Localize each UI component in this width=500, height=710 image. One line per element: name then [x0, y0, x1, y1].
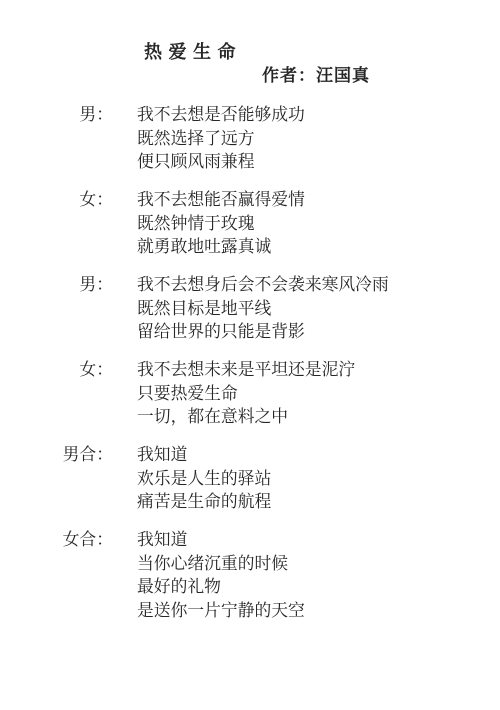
stanza-3: 男： 我不去想身后会不会袭来寒风冷雨 既然目标是地平线 留给世界的只能是背影	[0, 273, 500, 344]
stanza-2: 女： 我不去想能否赢得爱情 既然钟情于玫瑰 就勇敢地吐露真诚	[0, 188, 500, 259]
verse-line: 痛苦是生命的航程	[137, 490, 271, 514]
verse-line: 最好的礼物	[137, 575, 305, 599]
verse-line: 是送你一片宁静的天空	[137, 599, 305, 623]
verse-line: 我知道	[137, 443, 271, 467]
stanza-6: 女合： 我知道 当你心绪沉重的时候 最好的礼物 是送你一片宁静的天空	[0, 528, 500, 622]
verse-line: 既然选择了远方	[137, 127, 305, 151]
verse-line: 一切，都在意料之中	[137, 405, 355, 429]
verse-line: 留给世界的只能是背影	[137, 320, 389, 344]
verse-lines: 我不去想能否赢得爱情 既然钟情于玫瑰 就勇敢地吐露真诚	[137, 188, 305, 259]
verse-lines: 我知道 欢乐是人生的驿站 痛苦是生命的航程	[137, 443, 271, 514]
verse-lines: 我不去想是否能够成功 既然选择了远方 便只顾风雨兼程	[137, 103, 305, 174]
verse-line: 欢乐是人生的驿站	[137, 467, 271, 491]
verse-line: 当你心绪沉重的时候	[137, 552, 305, 576]
stanza-5: 男合： 我知道 欢乐是人生的驿站 痛苦是生命的航程	[0, 443, 500, 514]
speaker-label: 男合：	[0, 443, 113, 467]
speaker-label: 女：	[0, 188, 113, 212]
poem-body: 男： 我不去想是否能够成功 既然选择了远方 便只顾风雨兼程 女： 我不去想能否赢…	[0, 103, 500, 622]
speaker-label: 女合：	[0, 528, 113, 552]
verse-line: 我知道	[137, 528, 305, 552]
verse-line: 我不去想能否赢得爱情	[137, 188, 305, 212]
verse-line: 只要热爱生命	[137, 382, 355, 406]
speaker-label: 男：	[0, 103, 113, 127]
poem-page: 热 爱 生 命 作者：汪国真 男： 我不去想是否能够成功 既然选择了远方 便只顾…	[0, 0, 500, 710]
stanza-4: 女： 我不去想未来是平坦还是泥泞 只要热爱生命 一切，都在意料之中	[0, 358, 500, 429]
speaker-label: 女：	[0, 358, 113, 382]
verse-lines: 我知道 当你心绪沉重的时候 最好的礼物 是送你一片宁静的天空	[137, 528, 305, 622]
verse-line: 我不去想未来是平坦还是泥泞	[137, 358, 355, 382]
speaker-label: 男：	[0, 273, 113, 297]
verse-line: 我不去想是否能够成功	[137, 103, 305, 127]
verse-line: 我不去想身后会不会袭来寒风冷雨	[137, 273, 389, 297]
poem-author: 作者：汪国真	[262, 64, 500, 88]
verse-line: 便只顾风雨兼程	[137, 150, 305, 174]
stanza-1: 男： 我不去想是否能够成功 既然选择了远方 便只顾风雨兼程	[0, 103, 500, 174]
verse-line: 就勇敢地吐露真诚	[137, 235, 305, 259]
verse-lines: 我不去想身后会不会袭来寒风冷雨 既然目标是地平线 留给世界的只能是背影	[137, 273, 389, 344]
verse-line: 既然目标是地平线	[137, 297, 389, 321]
poem-title: 热 爱 生 命	[144, 0, 500, 64]
verse-lines: 我不去想未来是平坦还是泥泞 只要热爱生命 一切，都在意料之中	[137, 358, 355, 429]
verse-line: 既然钟情于玫瑰	[137, 212, 305, 236]
